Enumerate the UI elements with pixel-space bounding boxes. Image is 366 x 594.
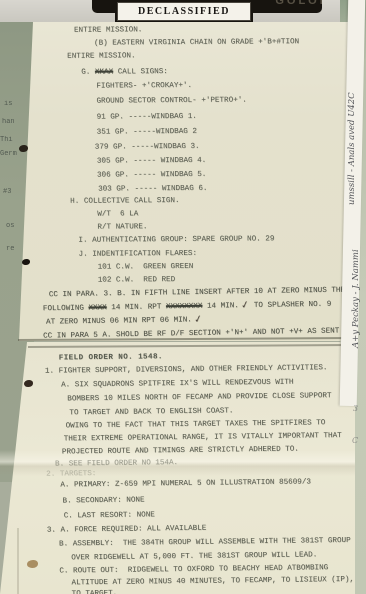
sheet2-text-layer: FIELD ORDER NO. 1548. 1. FIGHTER SUPPORT…	[0, 0, 366, 594]
typed-line: OWING TO THE FACT THAT THIS TARGET TAXES…	[66, 418, 326, 431]
scanned-document-photo: GOLOB DECLASSIFIED ENTIRE MISSION. (B) E…	[0, 0, 366, 594]
margin-fragment: #3	[3, 188, 11, 196]
typed-line: TO TARGET AND BACK TO ENGLISH COAST.	[69, 406, 233, 418]
typed-line: OVER RIDGEWELL AT 5,000 FT. THE 381ST GR…	[71, 550, 317, 563]
handwritten-mark: 3	[353, 404, 358, 413]
typed-line: PROJECTED ROUTE AND TIMINGS ARE STRICTLY…	[62, 445, 299, 458]
typed-line: B. SEE FIELD ORDER NO 154A.	[55, 458, 178, 470]
ink-speck	[22, 259, 30, 265]
handwriting-annotation: umssill - Anals aved U42C	[347, 10, 357, 205]
margin-fragment: is	[4, 100, 12, 108]
margin-fragment: os	[6, 222, 14, 230]
typed-line: BOMBERS 10 MILES NORTH OF FECAMP AND PRO…	[67, 391, 331, 404]
typed-line: TO TARGET.	[72, 589, 118, 594]
typed-line: A. SIX SQUADRONS SPITFIRE IX'S WILL REND…	[61, 378, 294, 391]
handwriting-annotation: A+y Peckay - J. Nammi	[351, 213, 361, 348]
margin-fragment: re	[6, 245, 14, 253]
typed-line: C. ROUTE OUT: RIDGEWELL TO OXFORD TO BEA…	[59, 563, 328, 576]
margin-fragment: Thi	[0, 136, 13, 144]
margin-fragment: Germ	[0, 150, 17, 158]
typed-line: 1. FIGHTER SUPPORT, DIVERSIONS, AND OTHE…	[45, 363, 328, 376]
typed-line: FIELD ORDER NO. 1548.	[59, 352, 163, 363]
typed-line: THEIR EXTREME OPERATIONAL RANGE, IT IS V…	[64, 431, 342, 444]
typed-line: ALTITUDE AT ZERO MINUS 40 MINUTES, TO FE…	[71, 575, 354, 588]
ink-speck	[24, 380, 33, 387]
handwritten-mark: C	[352, 436, 358, 445]
typed-line: C. LAST RESORT: NONE	[64, 510, 155, 521]
typed-line: A. PRIMARY: Z-659 MPI NUMERAL 5 ON ILLUS…	[60, 477, 311, 490]
typed-line: 3. A. FORCE REQUIRED: ALL AVAILABLE	[47, 524, 207, 536]
margin-fragment: han	[2, 118, 15, 126]
ink-speck	[19, 145, 28, 152]
typed-line: B. SECONDARY: NONE	[62, 495, 144, 506]
stain-speck	[27, 560, 38, 568]
typed-line: B. ASSEMBLY: THE 384TH GROUP WILL ASSEMB…	[59, 536, 351, 550]
typed-line: 2. TARGETS:	[46, 469, 96, 480]
